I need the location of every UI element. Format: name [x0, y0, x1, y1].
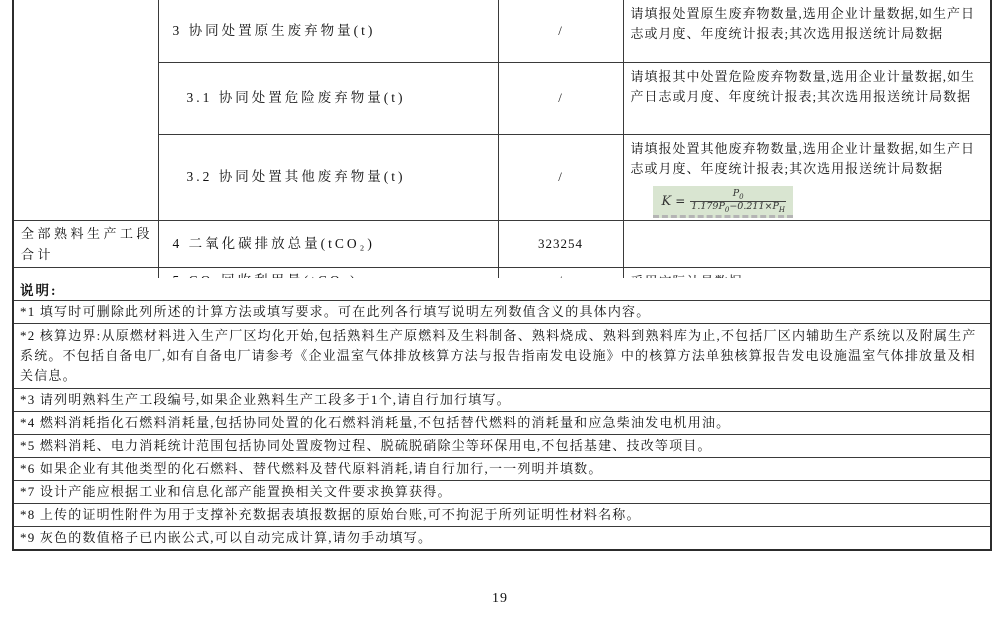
- note-text: *6 如果企业有其他类型的化石燃料、替代燃料及替代原料消耗,请自行加行,一一列明…: [13, 458, 991, 481]
- note-text: *4 燃料消耗指化石燃料消耗量,包括协同处置的化石燃料消耗量,不包括替代燃料的消…: [13, 412, 991, 435]
- notes-table: 说明: *1 填写时可删除此列所述的计算方法或填写要求。可在此列各行填写说明左列…: [12, 278, 992, 551]
- note-text: *3 请列明熟料生产工段编号,如果企业熟料生产工段多于1个,请自行加行填写。: [13, 389, 991, 412]
- value-cell: 323254: [498, 221, 623, 268]
- item-cell: 3 协同处置原生废弃物量(t): [158, 0, 498, 62]
- instruction-cell: 请填报处置原生废弃物数量,选用企业计量数据,如生产日志或月度、年度统计报表;其次…: [623, 0, 991, 62]
- table-row: 3 协同处置原生废弃物量(t) / 请填报处置原生废弃物数量,选用企业计量数据,…: [13, 0, 991, 62]
- note-row: *3 请列明熟料生产工段编号,如果企业熟料生产工段多于1个,请自行加行填写。: [13, 389, 991, 412]
- note-row: *9 灰色的数值格子已内嵌公式,可以自动完成计算,请勿手动填写。: [13, 527, 991, 551]
- value-cell: /: [498, 0, 623, 62]
- table-row: 3.1 协同处置危险废弃物量(t) / 请填报其中处置危险废弃物数量,选用企业计…: [13, 62, 991, 134]
- note-row: *2 核算边界:从原燃材料进入生产厂区均化开始,包括熟料生产原燃料及生料制备、熟…: [13, 324, 991, 389]
- table-row: 3.2 协同处置其他废弃物量(t) / 请填报处置其他废弃物数量,选用企业计量数…: [13, 134, 991, 221]
- page-number: 19: [0, 591, 1000, 607]
- note-text: *5 燃料消耗、电力消耗统计范围包括协同处置废物过程、脱硫脱硝除尘等环保用电,不…: [13, 435, 991, 458]
- note-row: *5 燃料消耗、电力消耗统计范围包括协同处置废物过程、脱硫脱硝除尘等环保用电,不…: [13, 435, 991, 458]
- stage-cell: 全部熟料生产工段合计: [13, 221, 158, 268]
- note-text: *2 核算边界:从原燃材料进入生产厂区均化开始,包括熟料生产原燃料及生料制备、熟…: [13, 324, 991, 389]
- note-text: *8 上传的证明性附件为用于支撑补充数据表填报数据的原始台账,可不拘泥于所列证明…: [13, 504, 991, 527]
- formula-equals: =: [675, 194, 685, 208]
- clinker-formula: K=P01.179P0−0.211×PH: [653, 186, 793, 219]
- note-row: *1 填写时可删除此列所述的计算方法或填写要求。可在此列各行填写说明左列数值含义…: [13, 301, 991, 324]
- formula-denominator: 1.179P0−0.211×PH: [690, 202, 786, 214]
- note-row: 说明:: [13, 278, 991, 301]
- document-page: 3 协同处置原生废弃物量(t) / 请填报处置原生废弃物数量,选用企业计量数据,…: [0, 0, 1000, 637]
- item-cell: 3.2 协同处置其他废弃物量(t): [158, 134, 498, 221]
- formula-lhs: K: [662, 194, 672, 209]
- instruction-cell: 请填报处置其他废弃物数量,选用企业计量数据,如生产日志或月度、年度统计报表;其次…: [623, 134, 991, 221]
- notes-header: 说明:: [13, 278, 991, 301]
- supplement-data-table: 3 协同处置原生废弃物量(t) / 请填报处置原生废弃物数量,选用企业计量数据,…: [12, 0, 992, 296]
- table-row: 全部熟料生产工段合计 4 二氧化碳排放总量(tCO₂) 323254: [13, 221, 991, 268]
- note-text: *9 灰色的数值格子已内嵌公式,可以自动完成计算,请勿手动填写。: [13, 527, 991, 551]
- note-row: *4 燃料消耗指化石燃料消耗量,包括协同处置的化石燃料消耗量,不包括替代燃料的消…: [13, 412, 991, 435]
- instruction-cell: [623, 221, 991, 268]
- item-cell: 4 二氧化碳排放总量(tCO₂): [158, 221, 498, 268]
- note-row: *8 上传的证明性附件为用于支撑补充数据表填报数据的原始台账,可不拘泥于所列证明…: [13, 504, 991, 527]
- instruction-cell: 请填报其中处置危险废弃物数量,选用企业计量数据,如生产日志或月度、年度统计报表;…: [623, 62, 991, 134]
- note-text: *7 设计产能应根据工业和信息化部产能置换相关文件要求换算获得。: [13, 481, 991, 504]
- instruction-text: 请填报处置其他废弃物数量,选用企业计量数据,如生产日志或月度、年度统计报表;其次…: [631, 141, 976, 176]
- stage-cell: [13, 0, 158, 221]
- note-row: *6 如果企业有其他类型的化石燃料、替代燃料及替代原料消耗,请自行加行,一一列明…: [13, 458, 991, 481]
- note-row: *7 设计产能应根据工业和信息化部产能置换相关文件要求换算获得。: [13, 481, 991, 504]
- value-cell: /: [498, 134, 623, 221]
- item-cell: 3.1 协同处置危险废弃物量(t): [158, 62, 498, 134]
- value-cell: /: [498, 62, 623, 134]
- formula-fraction: P01.179P0−0.211×PH: [690, 189, 786, 214]
- note-text: *1 填写时可删除此列所述的计算方法或填写要求。可在此列各行填写说明左列数值含义…: [13, 301, 991, 324]
